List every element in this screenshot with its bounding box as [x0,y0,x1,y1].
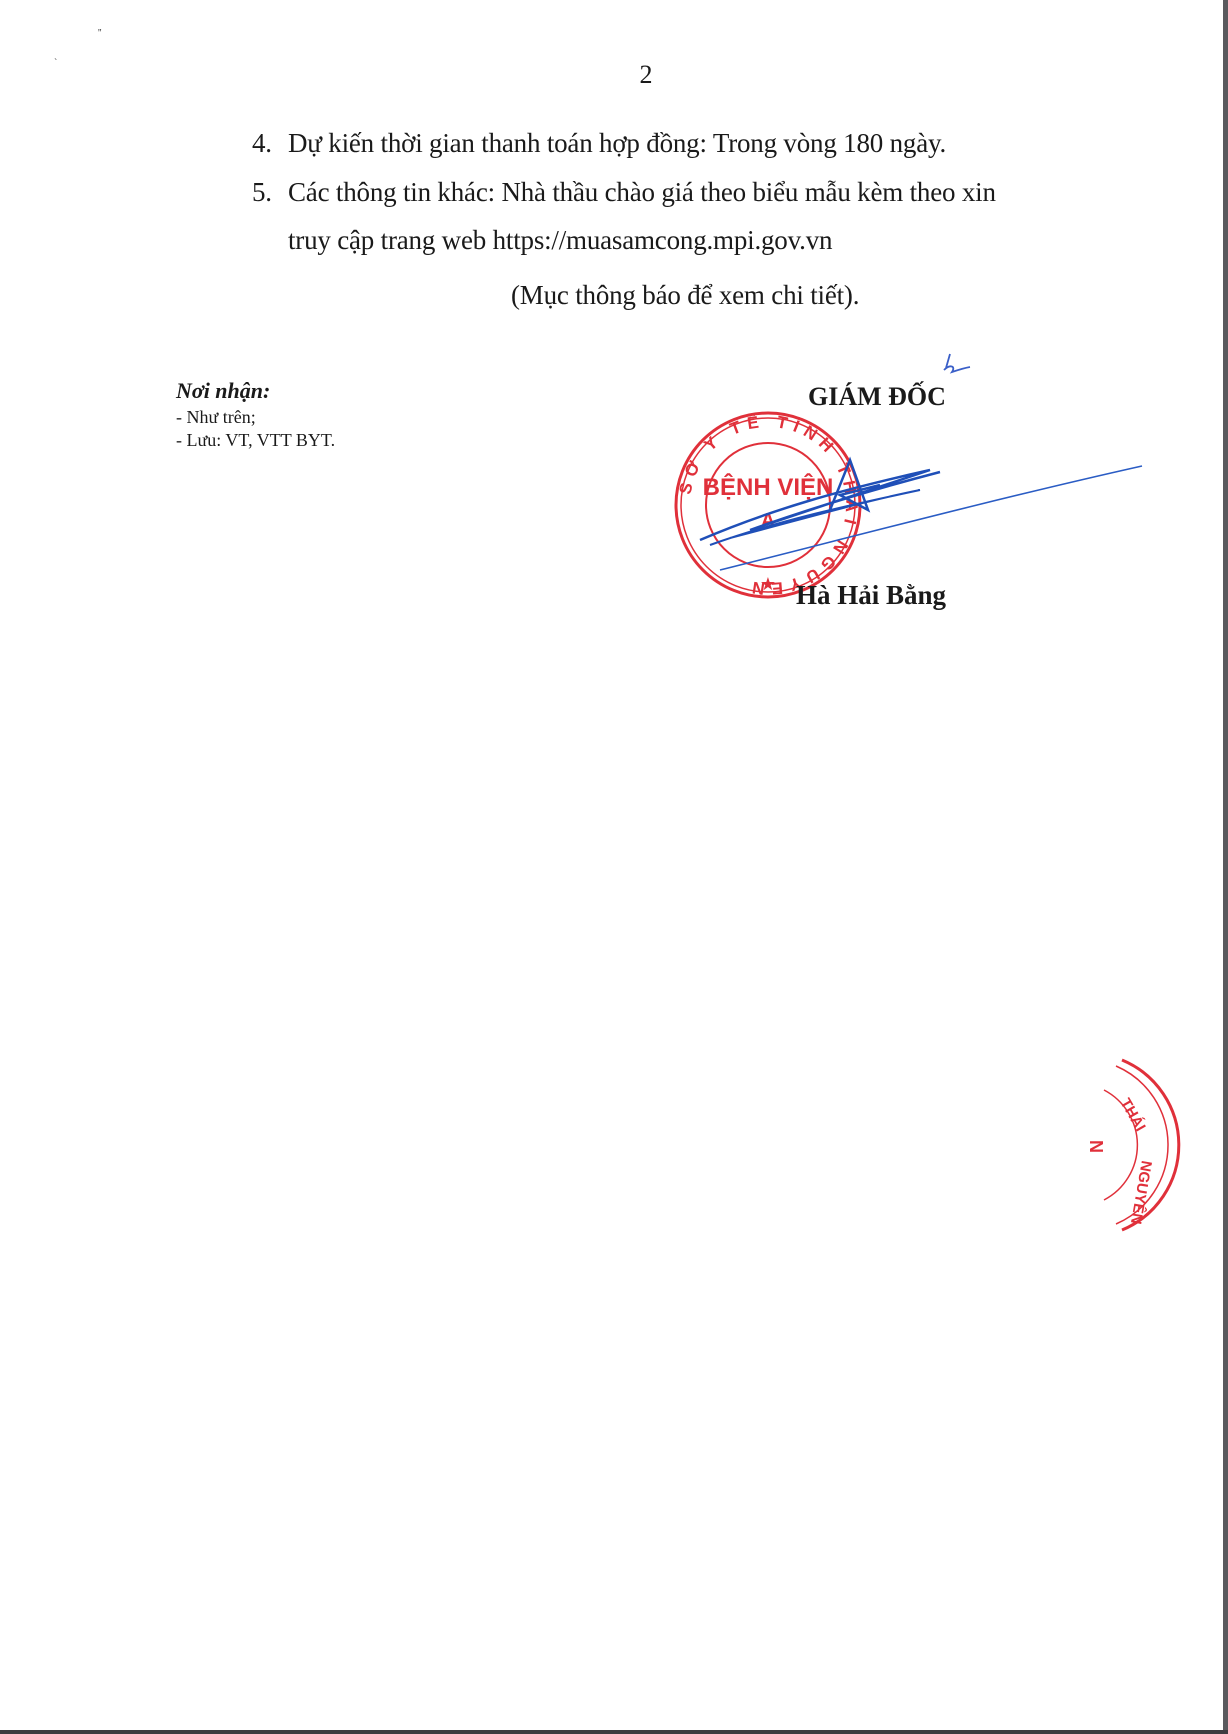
recipient-line: - Lưu: VT, VTT BYT. [176,429,335,452]
partial-stamp-icon: THÁI NGUYÊN N [1080,1050,1228,1250]
list-item-5-continuation: truy cập trang web https://muasamcong.mp… [288,225,832,256]
item-text: Dự kiến thời gian thanh toán hợp đồng: T… [288,128,946,158]
recipient-line: - Như trên; [176,406,335,429]
scan-edge-bottom [0,1730,1228,1734]
svg-text:N: N [1086,1140,1106,1153]
page-number: 2 [0,60,1228,90]
scan-edge-right [1223,0,1228,1734]
item-number: 4. [252,128,288,159]
signer-name: Hà Hải Bằng [796,580,946,611]
initial-mark-icon [936,350,976,380]
svg-text:NGUYÊN: NGUYÊN [1127,1159,1156,1225]
recipients-block: Nơi nhận: - Như trên; - Lưu: VT, VTT BYT… [176,378,335,452]
list-item-4: 4.Dự kiến thời gian thanh toán hợp đồng:… [252,128,946,159]
item-text: Các thông tin khác: Nhà thầu chào giá th… [288,177,996,207]
recipients-label: Nơi nhận: [176,378,335,404]
list-item-5: 5.Các thông tin khác: Nhà thầu chào giá … [252,177,996,208]
list-item-5-note: (Mục thông báo để xem chi tiết). [511,280,859,311]
scan-speck: '' [98,28,102,39]
item-number: 5. [252,177,288,208]
signature-icon [690,450,1150,600]
svg-text:THÁI: THÁI [1117,1096,1149,1135]
